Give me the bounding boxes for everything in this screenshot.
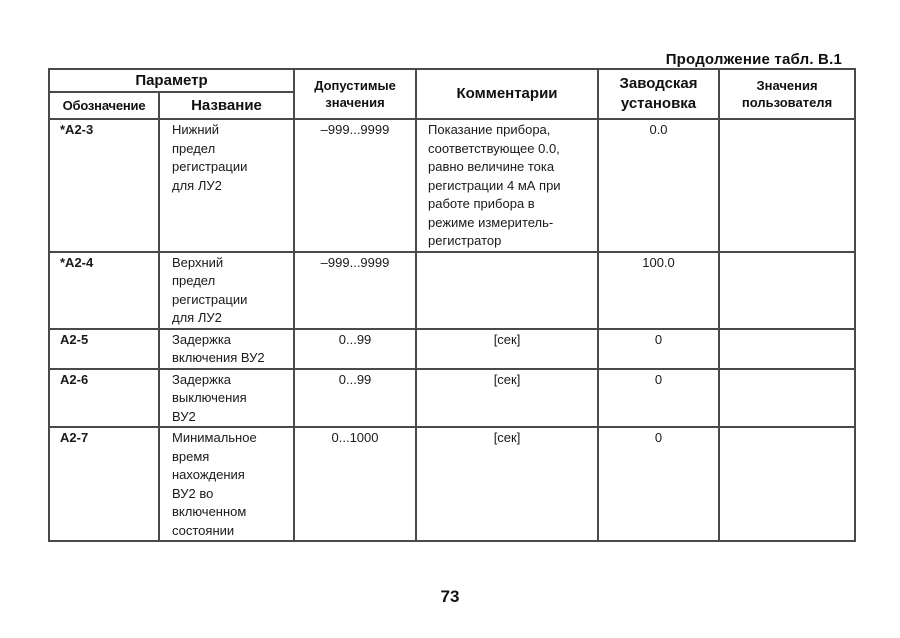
param-range: 0...99 xyxy=(294,329,416,369)
param-comment: [сек] xyxy=(416,427,598,541)
param-range: –999...9999 xyxy=(294,252,416,329)
header-comments: Комментарии xyxy=(416,69,598,119)
header-allowed-values: Допустимые значения xyxy=(294,69,416,119)
param-user-value xyxy=(719,427,855,541)
param-name: Задержка выключения ВУ2 xyxy=(159,369,294,428)
param-range: 0...99 xyxy=(294,369,416,428)
param-comment: [сек] xyxy=(416,329,598,369)
param-range: –999...9999 xyxy=(294,119,416,252)
param-name: Задержка включения ВУ2 xyxy=(159,329,294,369)
param-factory-setting: 0 xyxy=(598,427,719,541)
param-user-value xyxy=(719,252,855,329)
param-name: Минимальное время нахождения ВУ2 во вклю… xyxy=(159,427,294,541)
param-comment: [сек] xyxy=(416,369,598,428)
param-factory-setting: 0.0 xyxy=(598,119,719,252)
param-code: *A2-3 xyxy=(49,119,159,252)
param-name: Верхний предел регистрации для ЛУ2 xyxy=(159,252,294,329)
param-code: A2-5 xyxy=(49,329,159,369)
page-number: 73 xyxy=(0,587,900,607)
param-factory-setting: 100.0 xyxy=(598,252,719,329)
table-row: A2-6 Задержка выключения ВУ2 0...99 [сек… xyxy=(49,369,855,428)
param-code: A2-6 xyxy=(49,369,159,428)
param-range: 0...1000 xyxy=(294,427,416,541)
header-name: Название xyxy=(159,92,294,119)
header-code: Обозначение xyxy=(49,92,159,119)
param-name: Нижний предел регистрации для ЛУ2 xyxy=(159,119,294,252)
param-factory-setting: 0 xyxy=(598,329,719,369)
param-user-value xyxy=(719,329,855,369)
param-factory-setting: 0 xyxy=(598,369,719,428)
table-row: *A2-4 Верхний предел регистрации для ЛУ2… xyxy=(49,252,855,329)
header-factory-setting: Заводская установка xyxy=(598,69,719,119)
param-comment: Показание прибора, соответствующее 0.0, … xyxy=(416,119,598,252)
header-user-values: Значения пользователя xyxy=(719,69,855,119)
param-code: A2-7 xyxy=(49,427,159,541)
param-user-value xyxy=(719,369,855,428)
param-user-value xyxy=(719,119,855,252)
table-row: *A2-3 Нижний предел регистрации для ЛУ2 … xyxy=(49,119,855,252)
param-code: *A2-4 xyxy=(49,252,159,329)
parameters-table: Параметр Допустимые значения Комментарии… xyxy=(48,68,856,542)
param-comment xyxy=(416,252,598,329)
table-row: A2-5 Задержка включения ВУ2 0...99 [сек]… xyxy=(49,329,855,369)
table-row: A2-7 Минимальное время нахождения ВУ2 во… xyxy=(49,427,855,541)
table-caption: Продолжение табл. В.1 xyxy=(666,51,842,68)
header-parameter: Параметр xyxy=(49,69,294,92)
